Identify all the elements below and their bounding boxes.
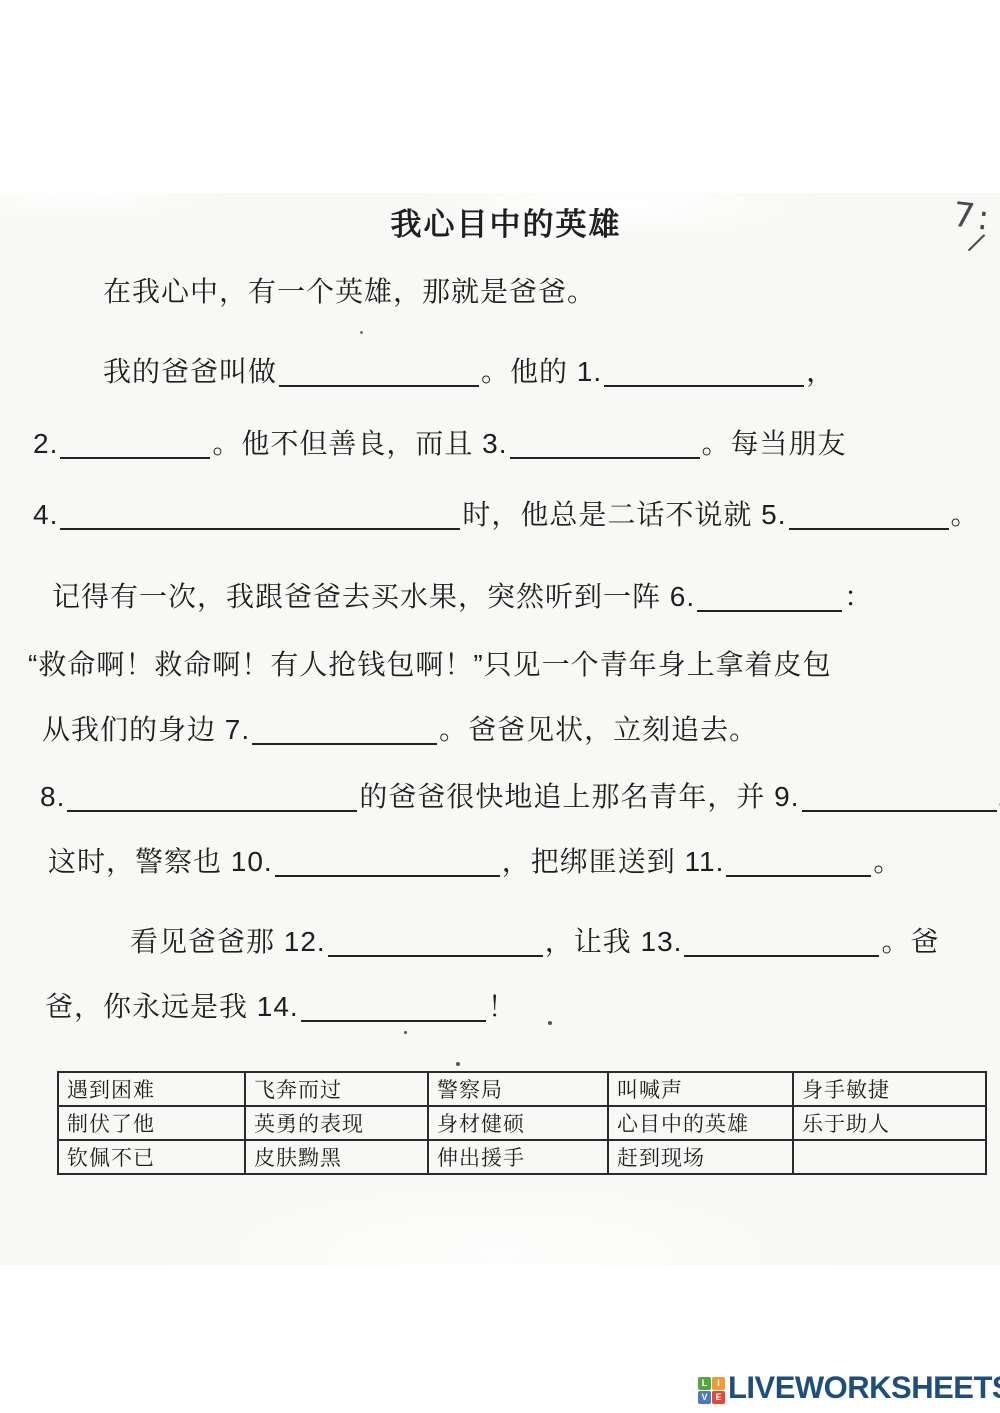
answer-blank-8[interactable] <box>67 784 357 812</box>
scan-noise-dot <box>456 1062 460 1066</box>
logo-square-i-icon: I <box>712 1377 725 1390</box>
word-bank-item[interactable]: 赶到现场 <box>608 1140 793 1174</box>
word-bank-item[interactable]: 制伏了他 <box>58 1106 245 1140</box>
logo-squares-icon: LIVE <box>698 1377 725 1404</box>
word-bank-item[interactable]: 遇到困难 <box>58 1072 245 1106</box>
answer-blank-12[interactable] <box>328 929 543 957</box>
text-run: 时，他总是二话不说就 5. <box>462 499 786 530</box>
word-bank-item[interactable]: 心目中的英雄 <box>608 1106 793 1140</box>
word-bank-item[interactable]: 皮肤黝黑 <box>245 1140 428 1174</box>
text-run: ！ <box>488 991 517 1022</box>
word-bank-body: 遇到困难飞奔而过警察局叫喊声身手敏捷制伏了他英勇的表现身材健硕心目中的英雄乐于助… <box>58 1072 986 1174</box>
text-line: “救命啊！救命啊！有人抢钱包啊！”只见一个青年身上拿着皮包 <box>28 645 832 685</box>
text-run: 我的爸爸叫做 <box>103 356 277 387</box>
answer-blank-4[interactable] <box>60 502 460 530</box>
text-line: 我的爸爸叫做。他的 1.， <box>103 352 835 392</box>
text-run: 4. <box>33 499 58 530</box>
answer-blank-2[interactable] <box>60 431 210 459</box>
word-bank-item[interactable]: 飞奔而过 <box>245 1072 428 1106</box>
answer-blank-6[interactable] <box>697 584 842 612</box>
text-line: 爸，你永远是我 14.！ <box>45 987 517 1027</box>
text-line: 在我心中，有一个英雄，那就是爸爸。 <box>103 272 596 312</box>
word-bank-table: 遇到困难飞奔而过警察局叫喊声身手敏捷制伏了他英勇的表现身材健硕心目中的英雄乐于助… <box>57 1071 987 1175</box>
text-line: 看见爸爸那 12.，让我 13.。爸 <box>130 922 939 962</box>
word-bank-row: 钦佩不已皮肤黝黑伸出援手赶到现场 <box>58 1140 986 1174</box>
text-run: 。每当朋友 <box>702 428 847 459</box>
text-run: 看见爸爸那 12. <box>130 926 326 957</box>
text-line: 8.的爸爸很快地追上那名青年，并 9.。 <box>40 777 1000 817</box>
text-run: 。 <box>873 846 902 877</box>
answer-blank-13[interactable] <box>684 929 879 957</box>
text-run: 。爸爸见状，立刻追去。 <box>439 714 758 745</box>
word-bank-row: 遇到困难飞奔而过警察局叫喊声身手敏捷 <box>58 1072 986 1106</box>
text-run: 8. <box>40 781 65 812</box>
word-bank-item[interactable]: 乐于助人 <box>793 1106 986 1140</box>
answer-blank-11[interactable] <box>726 849 871 877</box>
answer-blank-name[interactable] <box>279 359 479 387</box>
answer-blank-9[interactable] <box>802 784 997 812</box>
text-run: 爸，你永远是我 14. <box>45 991 299 1022</box>
text-run: ： <box>844 581 873 612</box>
text-line: 这时，警察也 10.，把绑匪送到 11.。 <box>48 842 902 882</box>
page-title: 我心目中的英雄 <box>0 199 1000 244</box>
text-run: ，把绑匪送到 11. <box>502 846 725 877</box>
text-run: 。 <box>951 499 980 530</box>
answer-blank-5[interactable] <box>789 502 949 530</box>
handwritten-mark: 7: <box>951 195 995 239</box>
text-run: 在我心中，有一个英雄，那就是爸爸。 <box>103 276 596 307</box>
text-run: 。他不但善良，而且 3. <box>212 428 507 459</box>
word-bank-item[interactable]: 身材健硕 <box>428 1106 608 1140</box>
worksheet-page: 我心目中的英雄 7: / 在我心中，有一个英雄，那就是爸爸。 我的爸爸叫做。他的… <box>0 0 1000 1413</box>
answer-blank-14[interactable] <box>301 994 486 1022</box>
logo-square-e-icon: E <box>712 1391 725 1404</box>
scan-noise-dot <box>404 1031 407 1034</box>
scan-noise-dot <box>360 331 363 334</box>
word-bank-item[interactable]: 伸出援手 <box>428 1140 608 1174</box>
text-run: 的爸爸很快地追上那名青年，并 9. <box>359 781 799 812</box>
text-run: 这时，警察也 10. <box>48 846 273 877</box>
text-run: “救命啊！救命啊！有人抢钱包啊！”只见一个青年身上拿着皮包 <box>28 649 832 680</box>
text-line: 2.。他不但善良，而且 3.。每当朋友 <box>33 424 847 464</box>
word-bank-item[interactable]: 身手敏捷 <box>793 1072 986 1106</box>
answer-blank-1[interactable] <box>604 359 804 387</box>
text-run: ，让我 13. <box>545 926 683 957</box>
answer-blank-7[interactable] <box>252 717 437 745</box>
logo-square-v-icon: V <box>698 1391 711 1404</box>
text-line: 4.时，他总是二话不说就 5.。 <box>33 495 980 535</box>
word-bank-item[interactable]: 英勇的表现 <box>245 1106 428 1140</box>
word-bank-row: 制伏了他英勇的表现身材健硕心目中的英雄乐于助人 <box>58 1106 986 1140</box>
word-bank-item[interactable]: 叫喊声 <box>608 1072 793 1106</box>
logo-square-l-icon: L <box>698 1377 711 1390</box>
text-run: 。他的 1. <box>481 356 602 387</box>
text-run: 2. <box>33 428 58 459</box>
text-run: 从我们的身边 7. <box>42 714 250 745</box>
text-run: 记得有一次，我跟爸爸去买水果，突然听到一阵 6. <box>52 581 695 612</box>
word-bank-item[interactable]: 警察局 <box>428 1072 608 1106</box>
text-line: 记得有一次，我跟爸爸去买水果，突然听到一阵 6.： <box>52 577 873 617</box>
text-run: 。爸 <box>881 926 939 957</box>
word-bank-item[interactable]: 钦佩不已 <box>58 1140 245 1174</box>
text-run: ， <box>806 356 835 387</box>
word-bank-empty-cell <box>793 1140 986 1174</box>
answer-blank-10[interactable] <box>275 849 500 877</box>
answer-blank-3[interactable] <box>510 431 700 459</box>
logo-text: LIVEWORKSHEETS <box>728 1370 1000 1407</box>
scan-noise-dot <box>548 1021 552 1025</box>
text-line: 从我们的身边 7.。爸爸见状，立刻追去。 <box>42 710 758 750</box>
liveworksheets-logo[interactable]: LIVE LIVEWORKSHEETS <box>698 1370 1000 1406</box>
